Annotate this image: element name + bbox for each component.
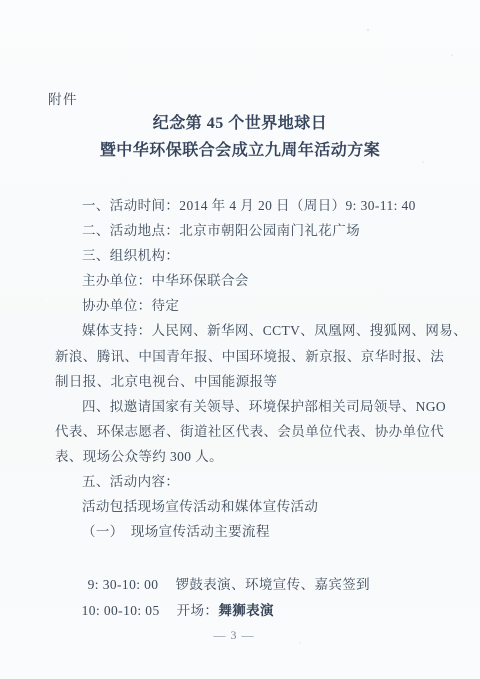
document-page: 附件 纪念第 45 个世界地球日 暨中华环保联合会成立九周年活动方案 一、活动时… bbox=[0, 0, 480, 679]
attachment-label: 附件 bbox=[48, 88, 78, 108]
schedule-time: 10: 00-10: 05 bbox=[82, 598, 160, 623]
doc-line-content-heading: 五、活动内容： bbox=[55, 469, 450, 494]
document-title: 纪念第 45 个世界地球日 暨中华环保联合会成立九周年活动方案 bbox=[0, 110, 480, 164]
doc-line-content-summary: 活动包括现场宣传活动和媒体宣传活动 bbox=[55, 494, 450, 519]
doc-line-organizers-heading: 三、组织机构： bbox=[55, 243, 450, 268]
doc-line-host-unit: 主办单位：中华环保联合会 bbox=[55, 268, 450, 293]
doc-line-activity-time: 一、活动时间：2014 年 4 月 20 日（周日）9: 30-11: 40 bbox=[55, 193, 450, 218]
schedule-time: 9: 30-10: 00 bbox=[88, 572, 159, 597]
doc-line-activity-location: 二、活动地点：北京市朝阳公园南门礼花广场 bbox=[55, 218, 450, 243]
title-line-2: 暨中华环保联合会成立九周年活动方案 bbox=[0, 137, 480, 164]
document-body: 一、活动时间：2014 年 4 月 20 日（周日）9: 30-11: 40 二… bbox=[55, 193, 450, 598]
doc-line-media-support-2: 新浪、腾讯、中国青年报、中国环境报、新京报、京华时报、法 bbox=[55, 344, 450, 369]
doc-line-media-support-3: 制日报、北京电视台、中国能源报等 bbox=[55, 369, 450, 394]
title-line-1: 纪念第 45 个世界地球日 bbox=[0, 110, 480, 137]
schedule-desc: 开场： bbox=[177, 603, 219, 618]
doc-line-process-heading: （一） 现场宣传活动主要流程 bbox=[55, 519, 450, 544]
doc-line-co-organizer: 协办单位：待定 bbox=[55, 293, 450, 318]
doc-line-invitees-2: 代表、环保志愿者、街道社区代表、会员单位代表、协办单位代 bbox=[55, 419, 450, 444]
doc-line-invitees-3: 表、现场公众等约 300 人。 bbox=[55, 444, 450, 469]
schedule-desc: 锣鼓表演、环境宣传、嘉宾签到 bbox=[175, 577, 370, 592]
doc-line-media-support-1: 媒体支持：人民网、新华网、CCTV、凤凰网、搜狐网、网易、 bbox=[55, 318, 450, 343]
schedule-desc-bold: 舞狮表演 bbox=[218, 603, 274, 618]
schedule-row: 9: 30-10: 00锣鼓表演、环境宣传、嘉宾签到 bbox=[55, 547, 450, 572]
doc-line-invitees-1: 四、拟邀请国家有关领导、环境保护部相关司局领导、NGO bbox=[55, 394, 450, 419]
page-number: — 3 — bbox=[0, 628, 468, 643]
